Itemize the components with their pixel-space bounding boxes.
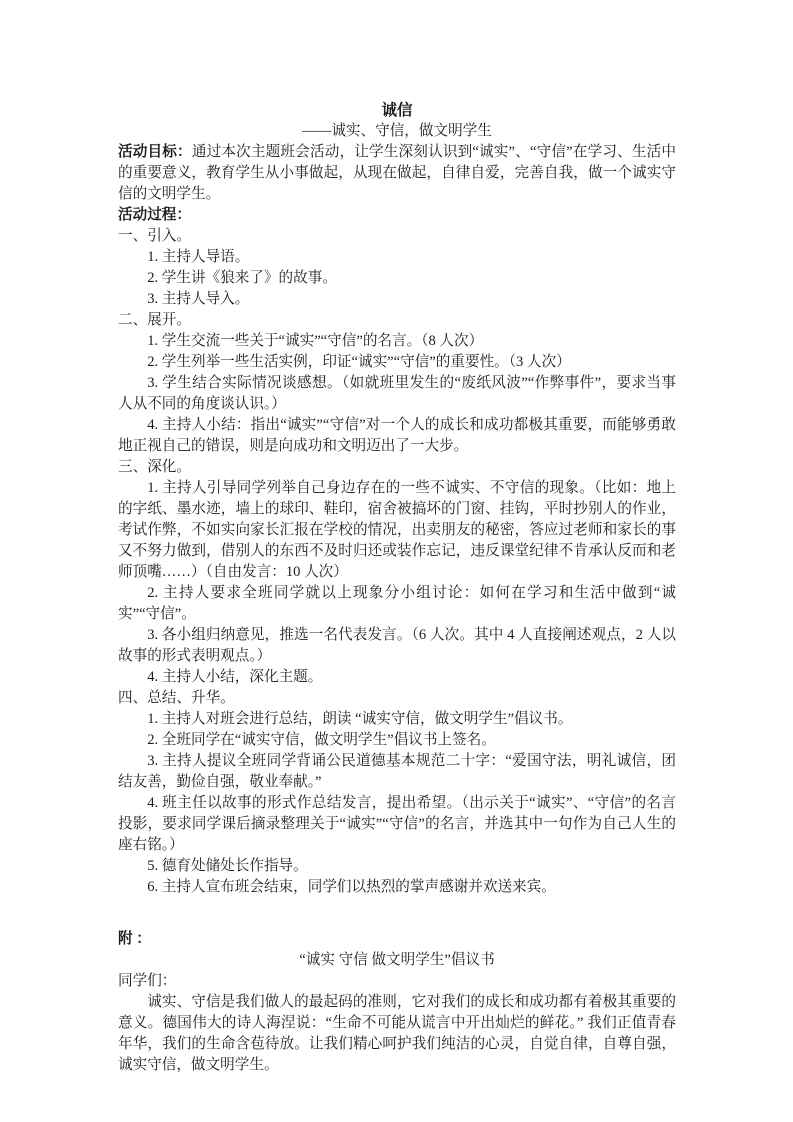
section-4-item-2: 2. 全班同学在“诚实守信，做文明学生”倡议书上签名。 [118,730,676,751]
section-4-item-6: 6. 主持人宣布班会结束，同学们以热烈的掌声感谢并欢送来宾。 [118,877,676,898]
section-2-item-1: 1. 学生交流一些关于“诚实”“守信”的名言。（8 人次） [118,331,676,352]
section-4-item-3: 3. 主持人提议全班同学背诵公民道德基本规范二十字：“爱国守法，明礼诚信，团结友… [118,751,676,793]
document-title: 诚信 [118,100,676,121]
section-2-heading: 二、展开。 [118,310,676,331]
section-2-item-2: 2. 学生列举一些生活实例，印证“诚实”“守信”的重要性。（3 人次） [118,352,676,373]
activity-goal-paragraph: 活动目标：通过本次主题班会活动，让学生深刻认识到“诚实”、“守信”在学习、生活中… [118,142,676,205]
document-subtitle: ——诚实、守信，做文明学生 [118,121,676,142]
section-2-item-3: 3. 学生结合实际情况谈感想。（如就班里发生的“废纸风波”“作弊事件”，要求当事… [118,373,676,415]
section-3-heading: 三、深化。 [118,457,676,478]
section-3-item-3: 3. 各小组归纳意见，推选一名代表发言。（6 人次。其中 4 人直接阐述观点，2… [118,625,676,667]
section-3-item-4: 4. 主持人小结，深化主题。 [118,667,676,688]
section-4-heading: 四、总结、升华。 [118,688,676,709]
activity-goal-text: 通过本次主题班会活动，让学生深刻认识到“诚实”、“守信”在学习、生活中的重要意义… [118,144,676,202]
activity-process-label: 活动过程： [118,205,676,226]
section-3-item-1: 1. 主持人引导同学列举自己身边存在的一些不诚实、不守信的现象。（比如：地上的字… [118,478,676,583]
section-1-item-3: 3. 主持人导入。 [118,289,676,310]
section-4-item-5: 5. 德育处储处长作指导。 [118,856,676,877]
section-4-item-4: 4. 班主任以故事的形式作总结发言，提出希望。（出示关于“诚实”、“守信”的名言… [118,793,676,856]
activity-goal-label: 活动目标： [118,144,192,160]
section-3-item-2: 2. 主持人要求全班同学就以上现象分小组讨论：如何在学习和生活中做到“诚实”“守… [118,583,676,625]
appendix-body: 诚实、守信是我们做人的最起码的准则，它对我们的成长和成功都有着极其重要的意义。德… [118,992,676,1076]
appendix-title: “诚实 守信 做文明学生”倡议书 [118,950,676,971]
section-1-item-1: 1. 主持人导语。 [118,247,676,268]
section-4-item-1: 1. 主持人对班会进行总结，朗读 “诚实守信，做文明学生”倡议书。 [118,709,676,730]
section-2-item-4: 4. 主持人小结：指出“诚实”“守信”对一个人的成长和成功都极其重要，而能够勇敢… [118,415,676,457]
appendix-salutation: 同学们： [118,971,676,992]
appendix-label: 附 ： [118,929,676,950]
section-1-heading: 一、引入。 [118,226,676,247]
section-1-item-2: 2. 学生讲《狼来了》的故事。 [118,268,676,289]
document-page: 诚信 ——诚实、守信，做文明学生 活动目标：通过本次主题班会活动，让学生深刻认识… [0,0,793,1122]
